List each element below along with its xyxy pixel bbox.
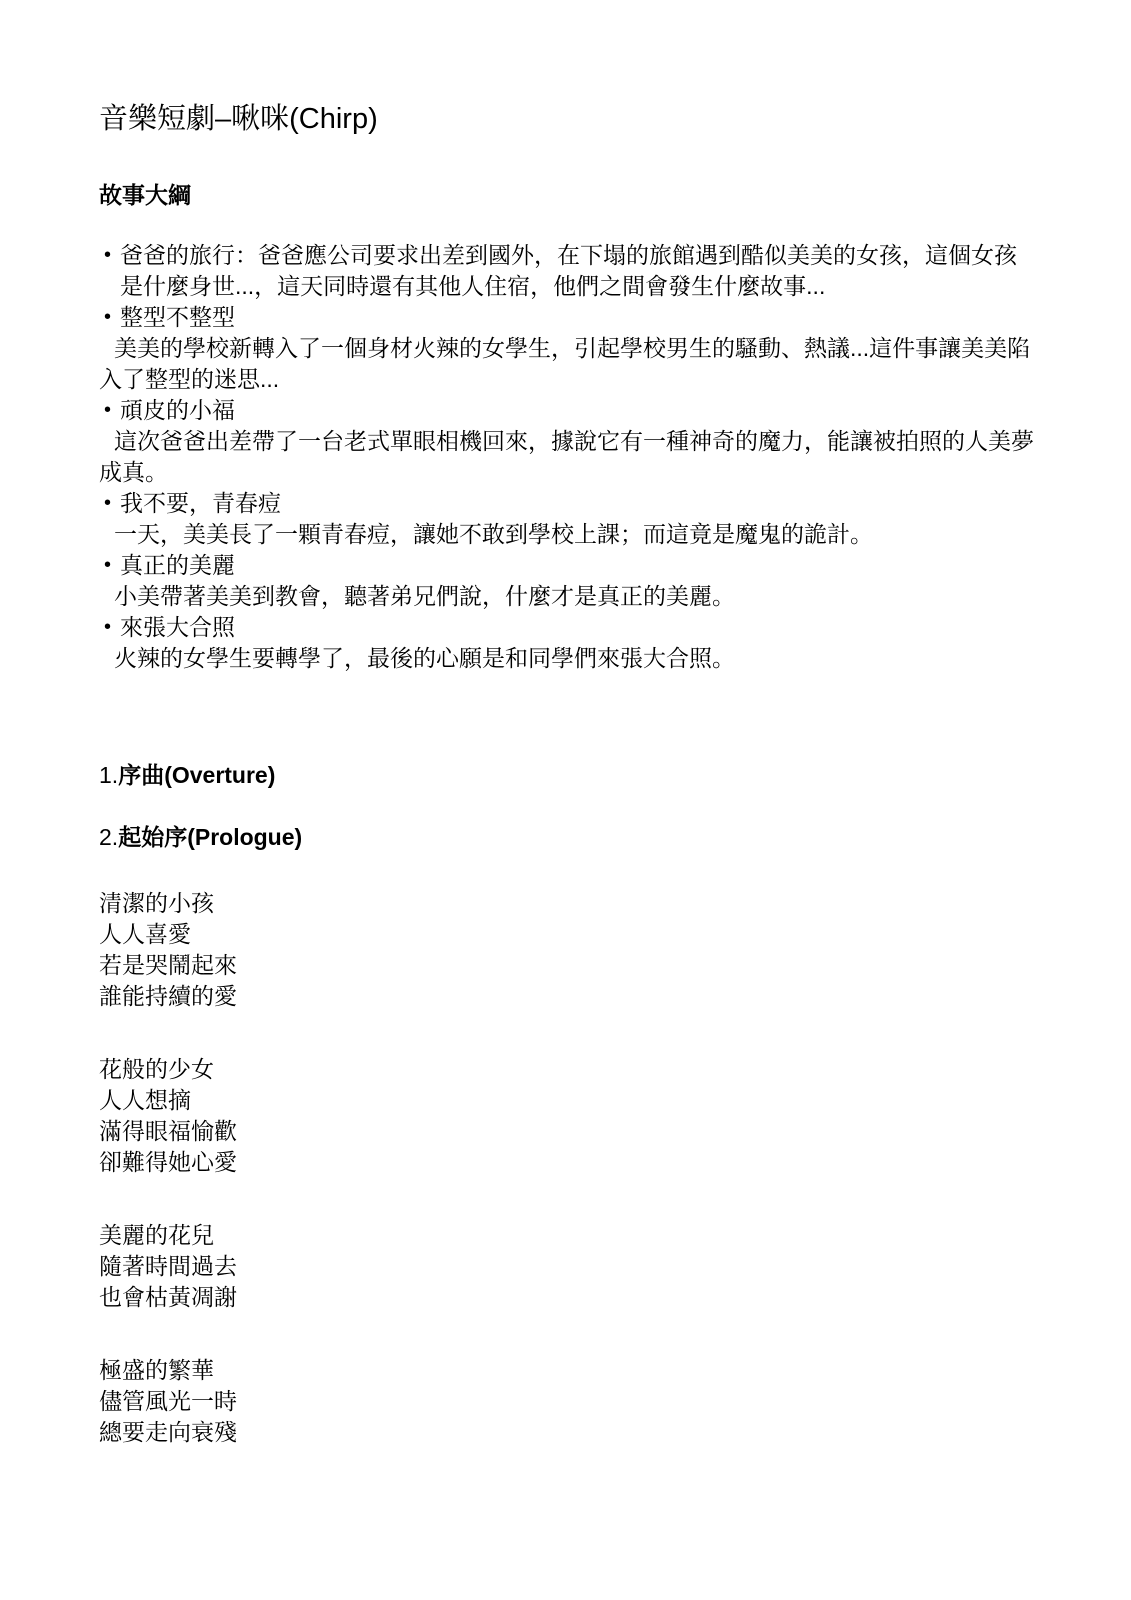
verse-line: 也會枯黃凋謝: [99, 1282, 1037, 1313]
outline-item-title-line: •來張大合照: [99, 612, 1037, 643]
section-name: 起始序(Prologue): [118, 824, 302, 850]
outline-item: •真正的美麗 小美帶著美美到教會，聽著弟兄們說，什麼才是真正的美麗。: [99, 550, 1037, 612]
outline-item-title-line: •真正的美麗: [99, 550, 1037, 581]
verse-line: 若是哭鬧起來: [99, 950, 1037, 981]
outline-item-title: 爸爸的旅行：爸爸應公司要求出差到國外，在下塌的旅館遇到酷似美美的女孩，這個女孩是…: [120, 242, 1017, 299]
story-outline-list: •爸爸的旅行：爸爸應公司要求出差到國外，在下塌的旅館遇到酷似美美的女孩，這個女孩…: [99, 240, 1037, 674]
bullet-icon: •: [104, 612, 111, 643]
outline-item: •來張大合照 火辣的女學生要轉學了，最後的心願是和同學們來張大合照。: [99, 612, 1037, 674]
lyrics-verse: 花般的少女 人人想摘 滿得眼福愉歡 卻難得她心愛: [99, 1054, 1037, 1178]
verse-line: 卻難得她心愛: [99, 1147, 1037, 1178]
verse-line: 滿得眼福愉歡: [99, 1116, 1037, 1147]
outline-item-description: 火辣的女學生要轉學了，最後的心願是和同學們來張大合照。: [99, 643, 1037, 674]
outline-item-title: 我不要，青春痘: [120, 490, 281, 516]
verse-line: 人人喜愛: [99, 919, 1037, 950]
verse-line: 儘管風光一時: [99, 1386, 1037, 1417]
outline-item: •整型不整型 美美的學校新轉入了一個身材火辣的女學生，引起學校男生的騷動、熱議.…: [99, 302, 1037, 395]
bullet-icon: •: [104, 395, 111, 426]
outline-item-description: 這次爸爸出差帶了一台老式單眼相機回來，據說它有一種神奇的魔力，能讓被拍照的人美夢…: [99, 426, 1037, 488]
lyrics-verse: 清潔的小孩 人人喜愛 若是哭鬧起來 誰能持續的愛: [99, 888, 1037, 1012]
verse-line: 總要走向衰殘: [99, 1417, 1037, 1448]
document-page: 音樂短劇–啾咪(Chirp) 故事大綱 •爸爸的旅行：爸爸應公司要求出差到國外，…: [0, 0, 1131, 1600]
lyrics-verse: 極盛的繁華 儘管風光一時 總要走向衰殘: [99, 1355, 1037, 1448]
outline-item-title-line: •頑皮的小福: [99, 395, 1037, 426]
section-heading-overture: 1.序曲(Overture): [99, 760, 1037, 791]
verse-line: 花般的少女: [99, 1054, 1037, 1085]
verse-line: 誰能持續的愛: [99, 981, 1037, 1012]
outline-item: •我不要，青春痘 一天，美美長了一顆青春痘，讓她不敢到學校上課；而這竟是魔鬼的詭…: [99, 488, 1037, 550]
outline-item-description: 美美的學校新轉入了一個身材火辣的女學生，引起學校男生的騷動、熱議...這件事讓美…: [99, 333, 1037, 395]
bullet-icon: •: [104, 240, 111, 271]
verse-line: 隨著時間過去: [99, 1251, 1037, 1282]
verse-line: 清潔的小孩: [99, 888, 1037, 919]
lyrics-verse: 美麗的花兒 隨著時間過去 也會枯黃凋謝: [99, 1220, 1037, 1313]
bullet-icon: •: [104, 488, 111, 519]
verse-line: 人人想摘: [99, 1085, 1037, 1116]
section-heading-prologue: 2.起始序(Prologue): [99, 822, 1037, 853]
outline-item: •爸爸的旅行：爸爸應公司要求出差到國外，在下塌的旅館遇到酷似美美的女孩，這個女孩…: [99, 240, 1037, 302]
outline-item-title: 真正的美麗: [120, 552, 235, 578]
outline-item-title: 整型不整型: [120, 304, 235, 330]
verse-line: 美麗的花兒: [99, 1220, 1037, 1251]
bullet-icon: •: [104, 550, 111, 581]
outline-item-description: 一天，美美長了一顆青春痘，讓她不敢到學校上課；而這竟是魔鬼的詭計。: [99, 519, 1037, 550]
outline-heading: 故事大綱: [99, 180, 1037, 211]
outline-item-description: 小美帶著美美到教會，聽著弟兄們說，什麼才是真正的美麗。: [99, 581, 1037, 612]
verse-line: 極盛的繁華: [99, 1355, 1037, 1386]
section-number: 1.: [99, 762, 118, 788]
section-name: 序曲(Overture): [118, 762, 275, 788]
outline-item-title: 來張大合照: [120, 614, 235, 640]
outline-item-title-line: •我不要，青春痘: [99, 488, 1037, 519]
section-number: 2.: [99, 824, 118, 850]
outline-item-title-line: •整型不整型: [99, 302, 1037, 333]
bullet-icon: •: [104, 302, 111, 333]
document-title: 音樂短劇–啾咪(Chirp): [99, 102, 1037, 136]
outline-item: •頑皮的小福 這次爸爸出差帶了一台老式單眼相機回來，據說它有一種神奇的魔力，能讓…: [99, 395, 1037, 488]
outline-item-title-line: •爸爸的旅行：爸爸應公司要求出差到國外，在下塌的旅館遇到酷似美美的女孩，這個女孩…: [99, 240, 1037, 302]
outline-item-title: 頑皮的小福: [120, 397, 235, 423]
